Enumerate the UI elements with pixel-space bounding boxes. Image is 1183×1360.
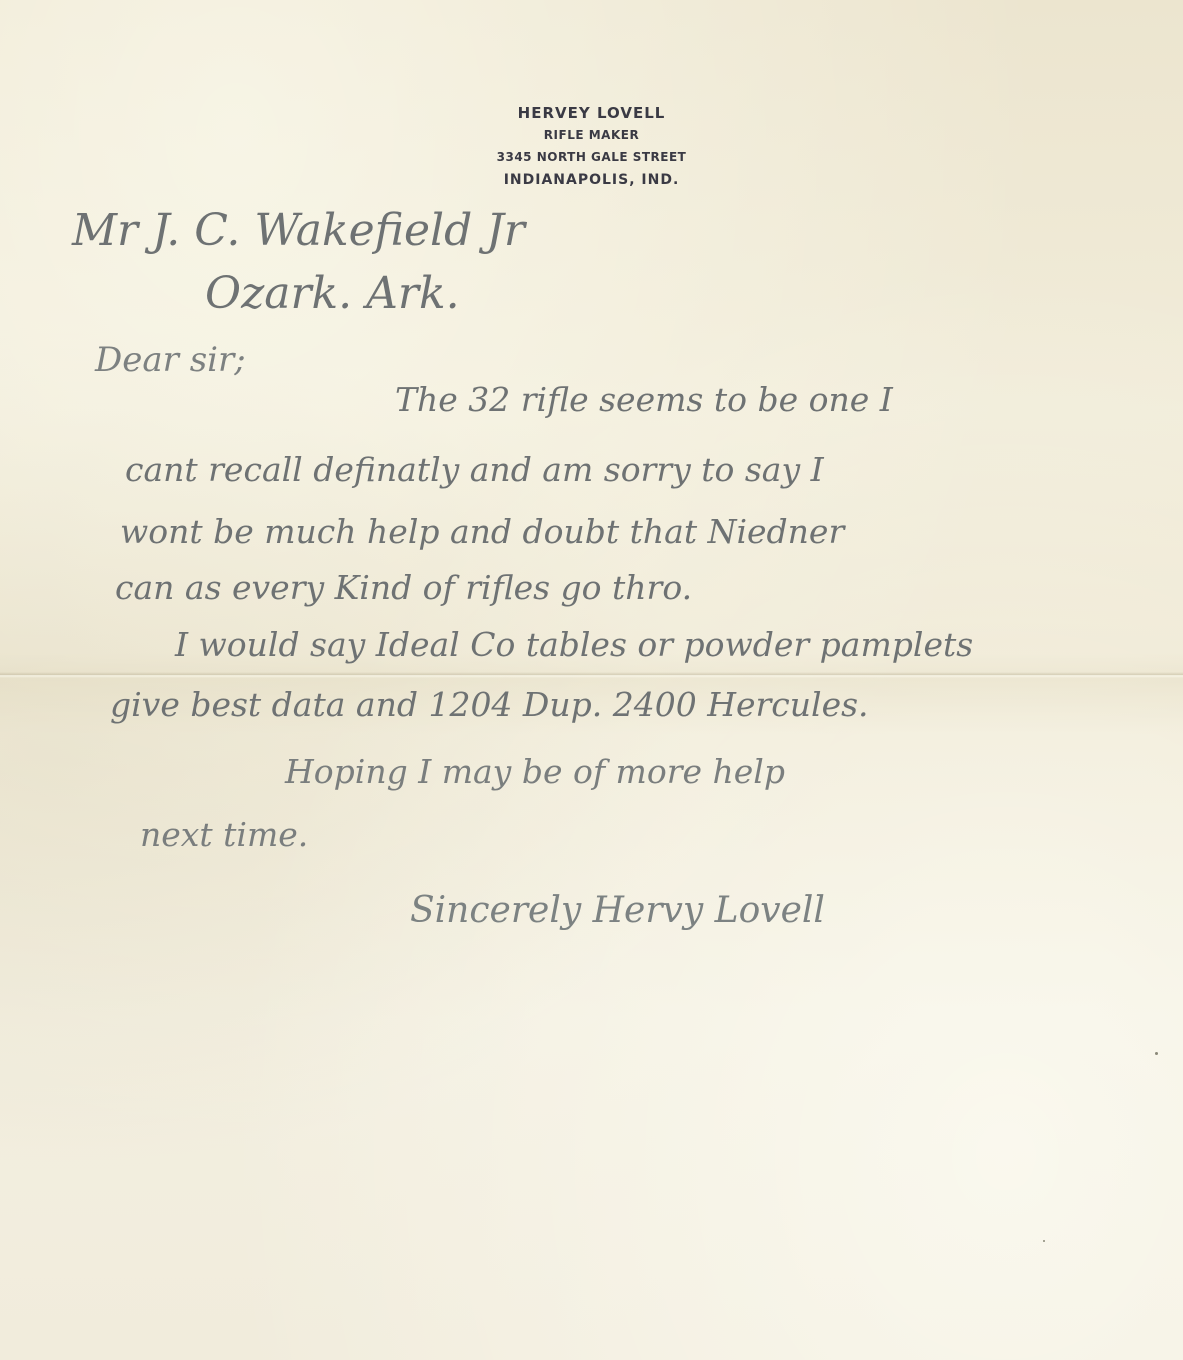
body-line: can as every Kind of rifles go thro.	[115, 568, 692, 607]
addressee-location: Ozark. Ark.	[205, 268, 460, 319]
salutation: Dear sir;	[95, 340, 246, 380]
body-line: I would say Ideal Co tables or powder pa…	[175, 625, 973, 664]
body-line: The 32 rifle seems to be one I	[395, 380, 893, 419]
letterhead-city: INDIANAPOLIS, IND.	[0, 168, 1183, 192]
body-line: next time.	[140, 815, 308, 854]
paper-speck	[1043, 1240, 1045, 1242]
letterhead-name: HERVEY LOVELL	[0, 102, 1183, 124]
letterhead-title: RIFLE MAKER	[0, 124, 1183, 146]
body-line: Hoping I may be of more help	[285, 752, 785, 791]
addressee: Mr J. C. Wakefield Jr	[72, 205, 525, 256]
closing-signature: Sincerely Hervy Lovell	[410, 890, 825, 931]
letterhead: HERVEY LOVELL RIFLE MAKER 3345 NORTH GAL…	[0, 102, 1183, 192]
letterhead-street: 3345 NORTH GALE STREET	[0, 146, 1183, 168]
paper-fold-crease	[0, 672, 1183, 678]
letter-page: HERVEY LOVELL RIFLE MAKER 3345 NORTH GAL…	[0, 0, 1183, 1360]
body-line: wont be much help and doubt that Niedner	[120, 512, 844, 551]
body-line: give best data and 1204 Dup. 2400 Hercul…	[110, 685, 869, 724]
paper-speck	[1155, 1052, 1158, 1055]
body-line: cant recall definatly and am sorry to sa…	[125, 450, 824, 489]
